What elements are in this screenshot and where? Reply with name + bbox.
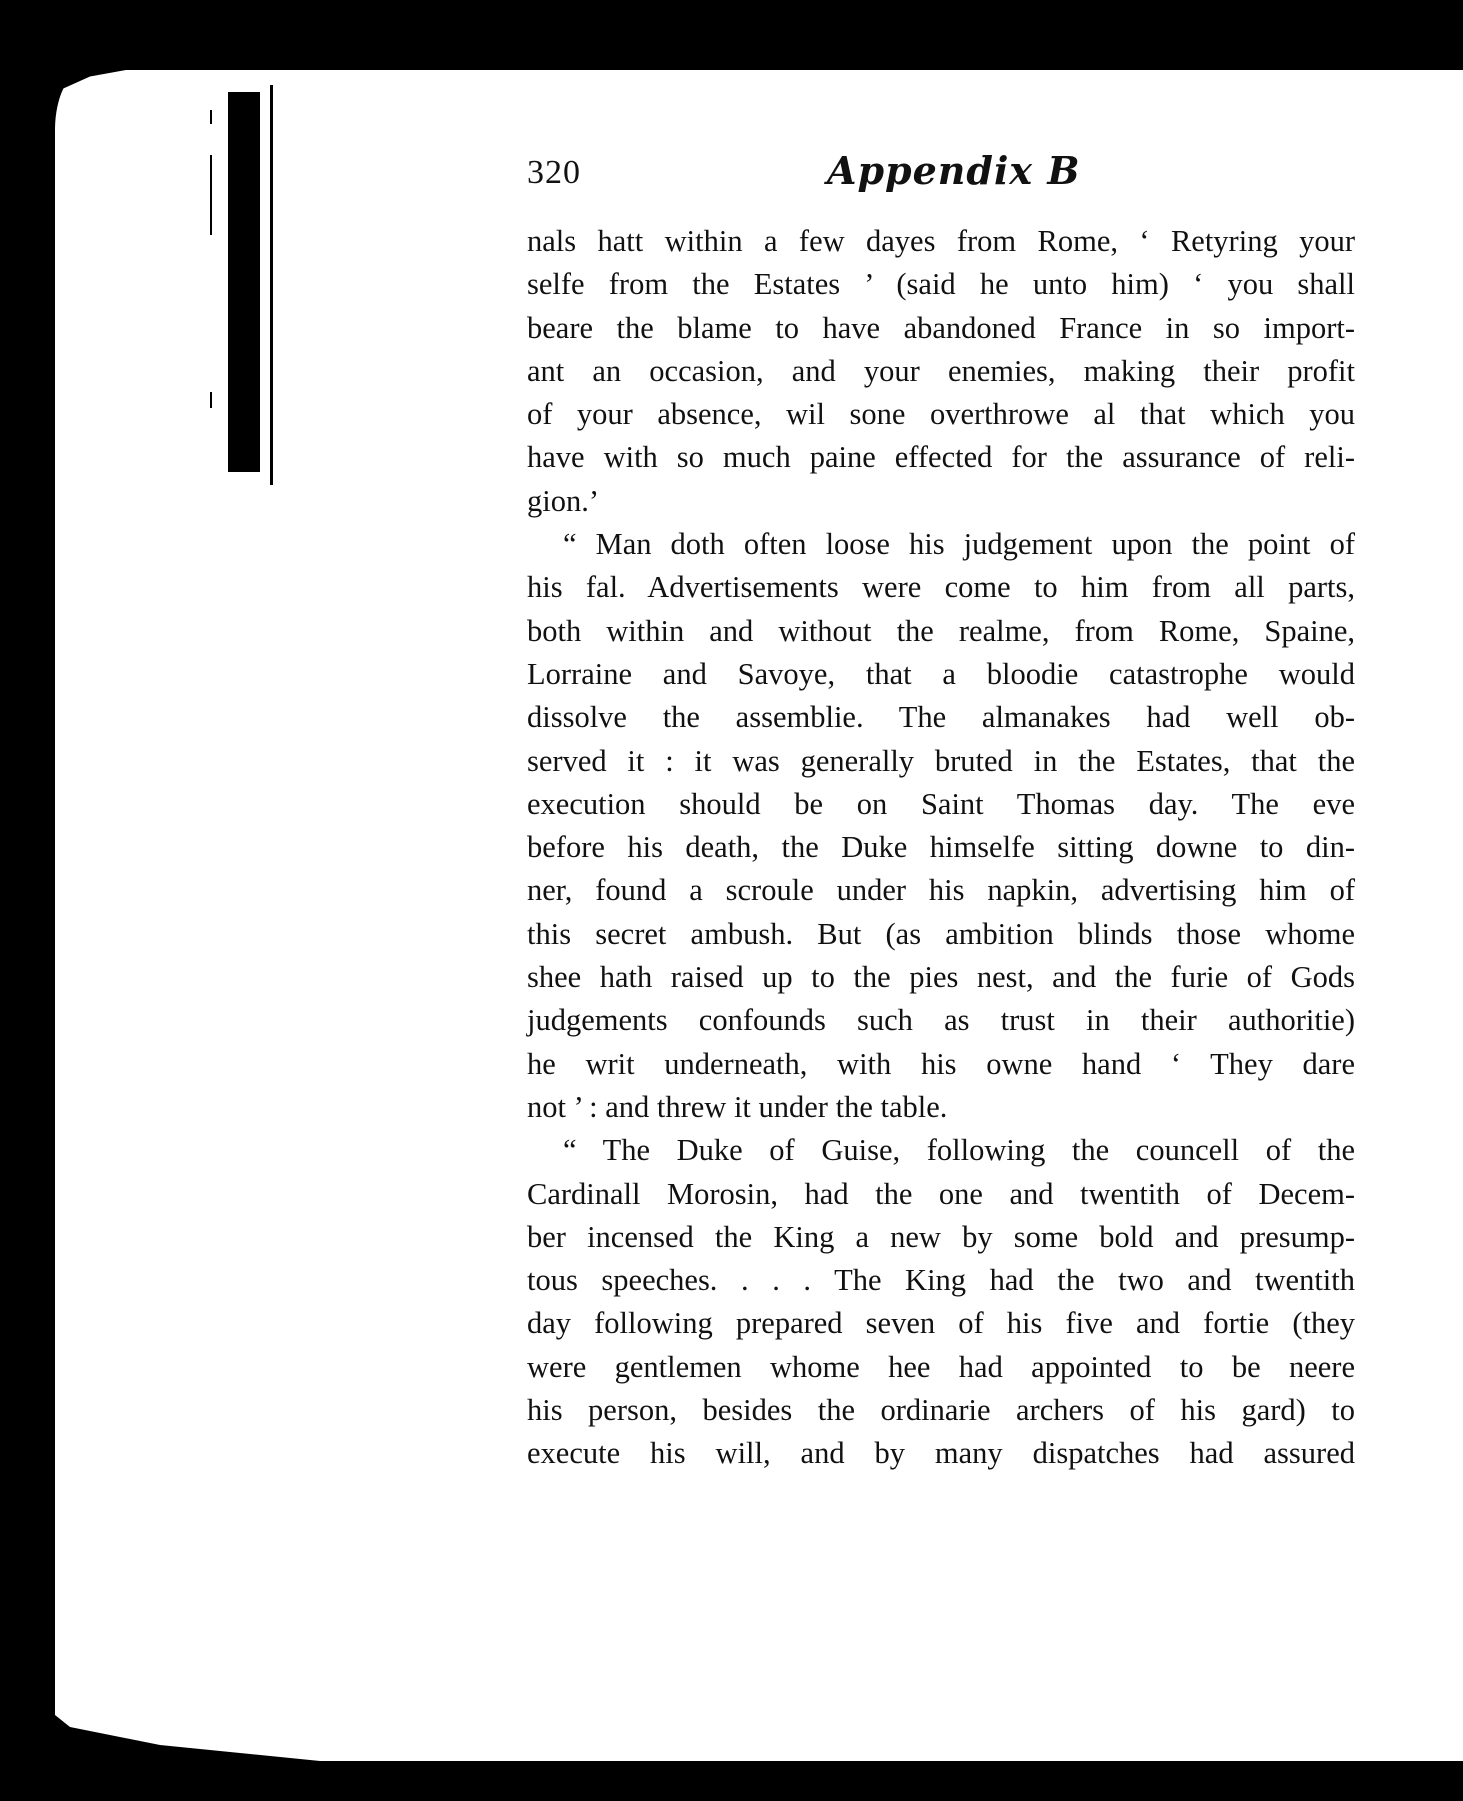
text-line: his fal. Advertisements were come to him… — [527, 566, 1355, 609]
text-line: have with so much paine effected for the… — [527, 436, 1355, 479]
text-line: selfe from the Estates ’ (said he unto h… — [527, 263, 1355, 306]
text-line: served it : it was generally bruted in t… — [527, 740, 1355, 783]
text-line: Lorraine and Savoye, that a bloodie cata… — [527, 653, 1355, 696]
text-line: execute his will, and by many dispatches… — [527, 1432, 1355, 1475]
text-line: beare the blame to have abandoned France… — [527, 307, 1355, 350]
paragraph: “ Man doth often loose his judgement upo… — [527, 523, 1355, 1129]
text-line: execution should be on Saint Thomas day.… — [527, 783, 1355, 826]
page-number: 320 — [527, 154, 581, 192]
scan-top-right-shadow — [1343, 0, 1463, 55]
text-line: before his death, the Duke himselfe sitt… — [527, 826, 1355, 869]
binding-gutter-line — [270, 85, 273, 485]
text-line: ber incensed the King a new by some bold… — [527, 1216, 1355, 1259]
text-line: tous speeches. . . . The King had the tw… — [527, 1259, 1355, 1302]
text-line: were gentlemen whome hee had appointed t… — [527, 1346, 1355, 1389]
gutter-mark — [210, 155, 212, 235]
binding-gutter-strip — [228, 92, 260, 472]
text-line: shee hath raised up to the pies nest, an… — [527, 956, 1355, 999]
gutter-mark — [210, 110, 212, 124]
text-line: ner, found a scroule under his napkin, a… — [527, 869, 1355, 912]
text-line: Cardinall Morosin, had the one and twent… — [527, 1173, 1355, 1216]
text-line: “ Man doth often loose his judgement upo… — [527, 523, 1355, 566]
page-header: 320 Appendix B — [527, 148, 1357, 200]
paragraph: “ The Duke of Guise, following the counc… — [527, 1129, 1355, 1475]
text-line: he writ underneath, with his owne hand ‘… — [527, 1043, 1355, 1086]
text-line: day following prepared seven of his five… — [527, 1302, 1355, 1345]
text-line: of your absence, wil sone overthrowe al … — [527, 393, 1355, 436]
text-line: nals hatt within a few dayes from Rome, … — [527, 220, 1355, 263]
text-line: his person, besides the ordinarie archer… — [527, 1389, 1355, 1432]
text-line: judgements confounds such as trust in th… — [527, 999, 1355, 1042]
text-line: gion.’ — [527, 480, 1355, 523]
running-head: Appendix B — [827, 148, 1080, 193]
text-line: not ’ : and threw it under the table. — [527, 1086, 1355, 1129]
scan-bottom-border — [0, 1761, 1463, 1801]
text-line: “ The Duke of Guise, following the counc… — [527, 1129, 1355, 1172]
body-text: nals hatt within a few dayes from Rome, … — [527, 220, 1355, 1476]
text-line: ant an occasion, and your enemies, makin… — [527, 350, 1355, 393]
gutter-mark — [210, 392, 212, 408]
paragraph: nals hatt within a few dayes from Rome, … — [527, 220, 1355, 523]
text-line: dissolve the assemblie. The almanakes ha… — [527, 696, 1355, 739]
scan-left-border — [0, 0, 62, 1801]
text-line: both within and without the realme, from… — [527, 610, 1355, 653]
text-line: this secret ambush. But (as ambition bli… — [527, 913, 1355, 956]
